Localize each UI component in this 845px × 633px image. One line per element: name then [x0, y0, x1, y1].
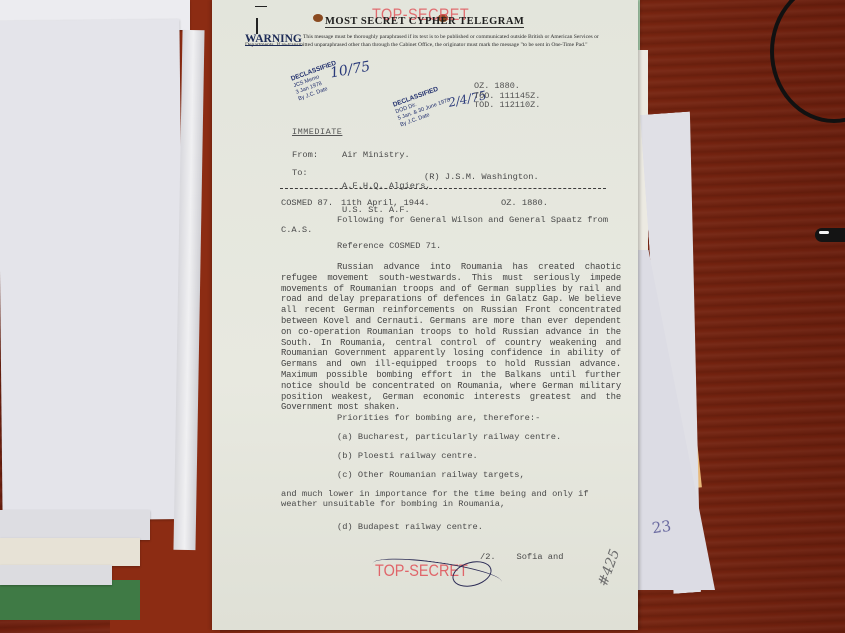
- continuation-line: /2. Sofia and: [480, 552, 563, 562]
- folio-number: #425: [595, 547, 623, 589]
- to-label: To:: [292, 168, 308, 178]
- message-date: 11th April, 1944.: [341, 198, 430, 208]
- priority-item: (b) Ploesti railway centre.: [337, 451, 478, 461]
- paper-sheet: [0, 538, 140, 566]
- declassified-stamp: DECLASSIFIED DOD Dir. 5 Jan. & 30 June 1…: [392, 83, 454, 129]
- precedence: IMMEDIATE: [292, 127, 342, 137]
- priorities-intro: Priorities for bombing are, therefore:-: [337, 413, 540, 423]
- margin-mark: [256, 18, 258, 34]
- warning-label: WARNING: [245, 33, 302, 46]
- to-repeat: (R) J.S.M. Washington.: [424, 172, 539, 182]
- message-number: COSMED 87.: [281, 198, 333, 208]
- from-label: From:: [292, 150, 318, 160]
- message-oz: OZ. 1880.: [501, 198, 548, 208]
- message-body: Russian advance into Roumania has create…: [281, 262, 621, 413]
- lower-priority-note: and much lower in importance for the tim…: [281, 489, 611, 509]
- telegram-document: TOP-SECRET MOST SECRET CYPHER TELEGRAM T…: [212, 0, 638, 630]
- divider: [280, 188, 606, 189]
- paper-sheet: [0, 565, 112, 585]
- ref-tod: TOD. 112110Z.: [474, 101, 540, 111]
- priority-item: (d) Budapest railway centre.: [337, 522, 483, 532]
- reference-line: Reference COSMED 71.: [337, 241, 441, 251]
- margin-mark: [255, 6, 267, 7]
- paper-sheet: [0, 510, 150, 540]
- paper-sheet: [0, 19, 185, 521]
- cable-icon: [770, 0, 845, 123]
- following-line: Following for General Wilson and General…: [281, 215, 611, 235]
- pen-tip-icon: [819, 231, 829, 234]
- punch-hole-icon: [313, 14, 323, 22]
- priority-item: (a) Bucharest, particularly railway cent…: [337, 432, 561, 442]
- from-value: Air Ministry.: [342, 150, 410, 160]
- side-sheet-number: 23: [651, 517, 672, 537]
- reference-codes: OZ. 1880. TOO. 111145Z. TOD. 112110Z.: [474, 82, 540, 111]
- document-title: MOST SECRET CYPHER TELEGRAM: [325, 16, 524, 28]
- priority-item: (c) Other Roumanian railway targets,: [337, 470, 525, 480]
- green-folder: [0, 580, 140, 620]
